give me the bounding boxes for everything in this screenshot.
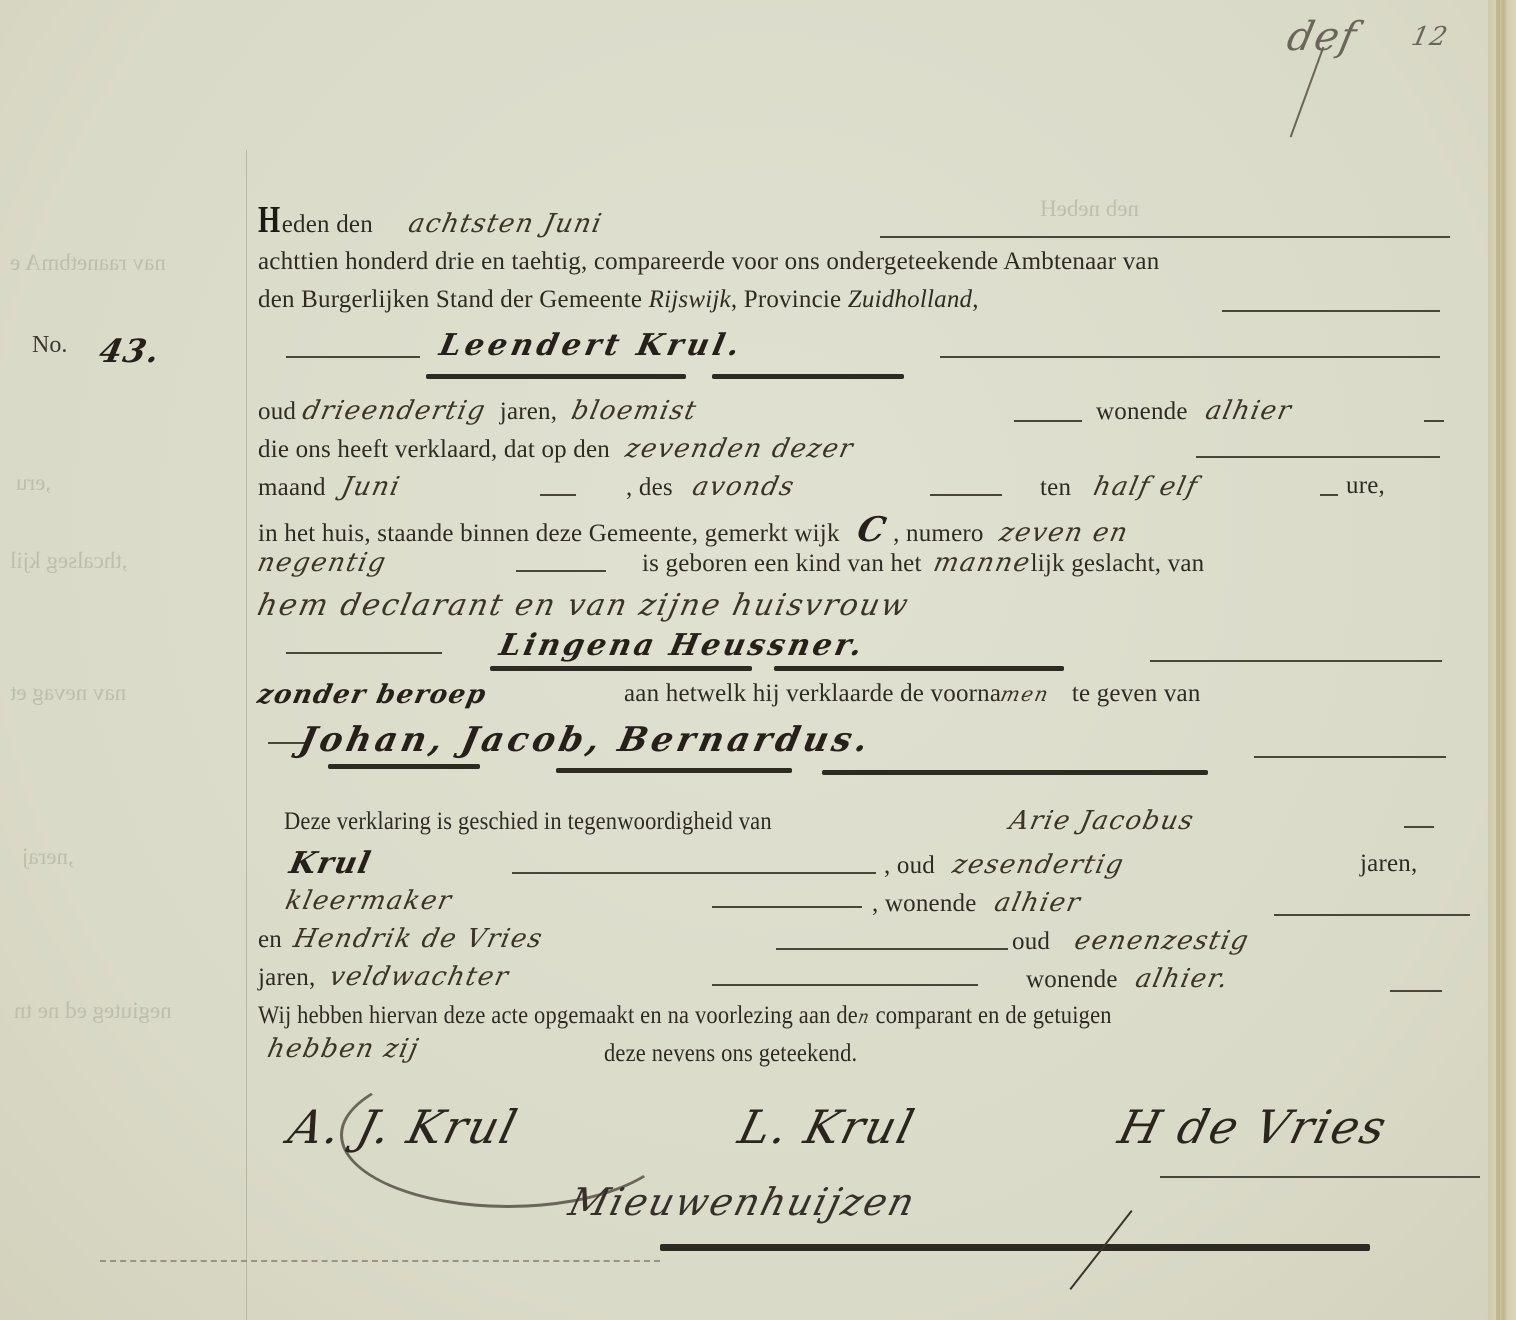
line-age-occupation: oud drieendertig jaren, bloemist (258, 396, 696, 426)
printed-text: , wonende (872, 890, 977, 917)
page-number: 12 (1412, 22, 1448, 52)
printed-text: te geven van (1072, 680, 1201, 707)
handwritten-hour: half elf (1090, 472, 1200, 502)
signature-declarant: L. Krul (733, 1100, 921, 1154)
printed-text: , numero (893, 520, 983, 547)
printed-text: Deze verklaring is geschied in tegenwoor… (284, 808, 772, 836)
handwritten-sex: manne (931, 548, 1034, 578)
bleed-through-text: ,eru (16, 470, 51, 496)
fill-line (940, 356, 1440, 358)
line-house: in het huis, staande binnen deze Gemeent… (258, 510, 1128, 550)
signature-text: H de Vries (1113, 1100, 1393, 1154)
fill-line (1254, 756, 1446, 758)
line-parents: hem declarant en van zijne huisvrouw (258, 588, 909, 623)
record-number: 43. (100, 332, 160, 370)
witness1-first: Arie Jacobus (1010, 806, 1194, 836)
printed-text: , des (626, 474, 673, 501)
handwritten-house-number-cont: negentig (255, 548, 390, 578)
name-underline (712, 374, 904, 379)
printed-text: die ons heeft verklaard, dat op den (258, 436, 610, 463)
printed-text: jaren, (1360, 850, 1417, 877)
bleed-through-text: negiuteg ed ne tn (14, 998, 172, 1024)
printed-text: comparant en de getuigen (876, 1002, 1112, 1029)
handwritten-child-names: Johan, Jacob, Bernardus. (296, 720, 876, 760)
handwritten-residence: alhier (1203, 396, 1295, 426)
fill-line (1196, 456, 1440, 458)
printed-text: en (258, 926, 282, 953)
bleed-through-text: nav raanetbmA e (10, 250, 166, 276)
official-underline (660, 1244, 1370, 1251)
handwritten-age: drieendertig (299, 396, 488, 426)
fill-line (776, 948, 1008, 950)
bleed-through-text: neb nebeH (1040, 196, 1139, 222)
line-municipality: den Burgerlijken Stand der Gemeente Rijs… (258, 286, 979, 314)
record-number-text: 43. (96, 332, 164, 370)
signature-text: Mieuwenhuijzen (565, 1180, 921, 1224)
corner-annotation-text: def (1283, 14, 1361, 60)
handwritten-wijk: C (854, 510, 891, 550)
line-witness2-details: jaren, veldwachter (258, 962, 509, 992)
line-declaration: die ons heeft verklaard, dat op den zeve… (258, 434, 854, 464)
witness2-age: oud eenenzestig (1012, 926, 1249, 956)
handwritten-suffix: men (999, 682, 1052, 706)
bleed-through-text: ,thcalseg kjil (10, 548, 128, 574)
fill-line (516, 570, 606, 572)
handwritten-declarant-name: Leendert Krul. (436, 328, 746, 363)
name-underline (822, 770, 1208, 775)
fill-line (1424, 420, 1444, 422)
mother-name: Lingena Heussner. (500, 628, 864, 663)
handwritten-witness1-occupation: kleermaker (283, 886, 455, 916)
jaren-label: jaren, (1360, 850, 1417, 878)
fill-line (1390, 990, 1442, 992)
handwritten-witness2-occupation: veldwachter (327, 962, 512, 992)
declarant-name: Leendert Krul. (440, 328, 743, 363)
sex-clause: is geboren een kind van het mannelijk ge… (642, 548, 1204, 578)
bleed-through-text: ,neraj (22, 844, 74, 870)
handwritten-witness2-age: eenenzestig (1071, 926, 1251, 956)
printed-text: lijk geslacht, van (1031, 550, 1205, 577)
handwritten-date: achtsten Juni (406, 209, 606, 239)
signature-text: A. J. Krul (283, 1100, 524, 1154)
printed-text: den Burgerlijken Stand der Gemeente (258, 286, 642, 313)
name-underline (426, 374, 686, 379)
time-of-day: , des avonds (626, 472, 795, 502)
handwritten-time-of-day: avonds (690, 472, 798, 502)
signature-official: Mieuwenhuijzen (565, 1180, 921, 1224)
province: Zuidholland (848, 286, 972, 313)
handwritten-witness1-last: Krul (286, 846, 375, 881)
handwritten-witness2-name: Hendrik de Vries (291, 924, 546, 954)
name-underline (774, 666, 1064, 671)
name-underline (556, 768, 792, 773)
signed-text: deze nevens ons geteekend. (604, 1040, 885, 1068)
printed-text: is geboren een kind van het (642, 550, 922, 577)
printed-text: oud (258, 398, 296, 425)
printed-text: ten (1040, 474, 1071, 501)
handwritten-mother-occupation: zonder beroep (255, 680, 490, 710)
witness1-occupation: kleermaker (286, 886, 452, 916)
handwritten-witness2-residence: alhier. (1133, 964, 1232, 994)
faint-bottom-rule (100, 1260, 660, 1262)
fill-line (712, 906, 862, 908)
handwritten-witness1-age: zesendertig (950, 850, 1127, 880)
handwritten-occupation: bloemist (568, 396, 699, 426)
line-witnesses: Deze verklaring is geschied in tegenwoor… (284, 808, 826, 836)
bleed-through-text: nav nevag et (10, 680, 126, 706)
fill-line (1320, 494, 1338, 496)
line-born: negentig (258, 548, 386, 578)
handwritten-mother-name: Lingena Heussner. (496, 628, 868, 663)
fill-line (540, 494, 576, 496)
printed-text: , oud (884, 852, 935, 879)
child-names: Johan, Jacob, Bernardus. (300, 720, 871, 760)
signature-witness1: A. J. Krul (283, 1100, 524, 1154)
printed-text: achttien honderd drie en taehtig, compar… (258, 248, 1159, 275)
printed-text: ure, (1346, 472, 1385, 499)
signed-clause: hebben zij (268, 1034, 419, 1064)
page-edge-stain (1496, 0, 1500, 1320)
witness1-last: Krul (290, 846, 371, 881)
printed-text: maand (258, 474, 326, 501)
printed-text: Wij hebben hiervan deze acte opgemaakt e… (258, 1002, 858, 1029)
printed-text: eden den (282, 211, 373, 238)
fill-line (712, 984, 978, 986)
handwritten-month: Juni (339, 472, 404, 502)
handwritten-witness1-first: Arie Jacobus (1007, 806, 1197, 836)
signature-text: L. Krul (733, 1100, 921, 1154)
witness2-residence: wonende alhier. (1026, 964, 1229, 994)
ure-label: ure, (1346, 472, 1385, 500)
witness1-residence: , wonende alhier (872, 888, 1081, 918)
printed-text: , Provincie (731, 286, 842, 313)
fill-line (1404, 826, 1434, 828)
fill-line (286, 356, 420, 358)
residence: wonende alhier (1096, 396, 1292, 426)
signature-line (1160, 1176, 1480, 1178)
handwritten-witness1-residence: alhier (992, 888, 1084, 918)
handwritten-parents: hem declarant en van zijne huisvrouw (254, 588, 912, 623)
line-date: Heden den achtsten Juni (258, 198, 603, 242)
page-number-text: 12 (1409, 22, 1451, 52)
printed-text: jaren, (258, 964, 315, 991)
given-names-clause: aan hetwelk hij verklaarde de voornamen … (624, 680, 1201, 708)
line-witness2: en Hendrik de Vries (258, 924, 543, 954)
corner-annotation: def (1288, 14, 1357, 60)
fill-line (512, 872, 876, 874)
fill-line (1274, 914, 1470, 916)
fill-line (1222, 310, 1440, 312)
line-year: achttien honderd drie en taehtig, compar… (258, 248, 1159, 276)
fill-line (1150, 660, 1442, 662)
page-binding-edge (1488, 0, 1516, 1320)
line-given-names: zonder beroep (258, 680, 486, 710)
hour: ten half elf (1040, 472, 1197, 502)
fill-line (930, 494, 1002, 496)
printed-text: in het huis, staande binnen deze Gemeent… (258, 520, 840, 547)
printed-text: wonende (1096, 398, 1188, 425)
printed-text: wonende (1026, 966, 1118, 993)
signature-witness2: H de Vries (1113, 1100, 1393, 1154)
fill-line (1014, 420, 1082, 422)
record-label-text: No. (32, 332, 67, 358)
handwritten-suffix: n (856, 1007, 872, 1028)
handwritten-signed-clause: hebben zij (265, 1034, 422, 1064)
witness1-age: , oud zesendertig (884, 850, 1124, 880)
printed-text: jaren, (500, 398, 557, 425)
printed-text: aan hetwelk hij verklaarde de voorna (624, 680, 1001, 707)
printed-text: deze nevens ons geteekend. (604, 1040, 857, 1068)
record-label: No. (32, 332, 67, 359)
handwritten-house-number: zeven en (997, 518, 1132, 548)
name-underline (490, 666, 752, 671)
margin-rule (246, 150, 247, 1320)
printed-text: , (972, 286, 978, 313)
printed-text: oud (1012, 928, 1050, 955)
line-month-time: maand Juni (258, 472, 400, 502)
fill-line (880, 236, 1450, 238)
handwritten-birth-day: zevenden dezer (623, 434, 857, 464)
line-closing: Wij hebben hiervan deze acte opgemaakt e… (258, 1002, 1207, 1030)
municipality: Rijswijk (649, 286, 731, 313)
initial-capital: H (258, 198, 280, 242)
name-underline (328, 764, 480, 769)
fill-line (286, 652, 442, 654)
